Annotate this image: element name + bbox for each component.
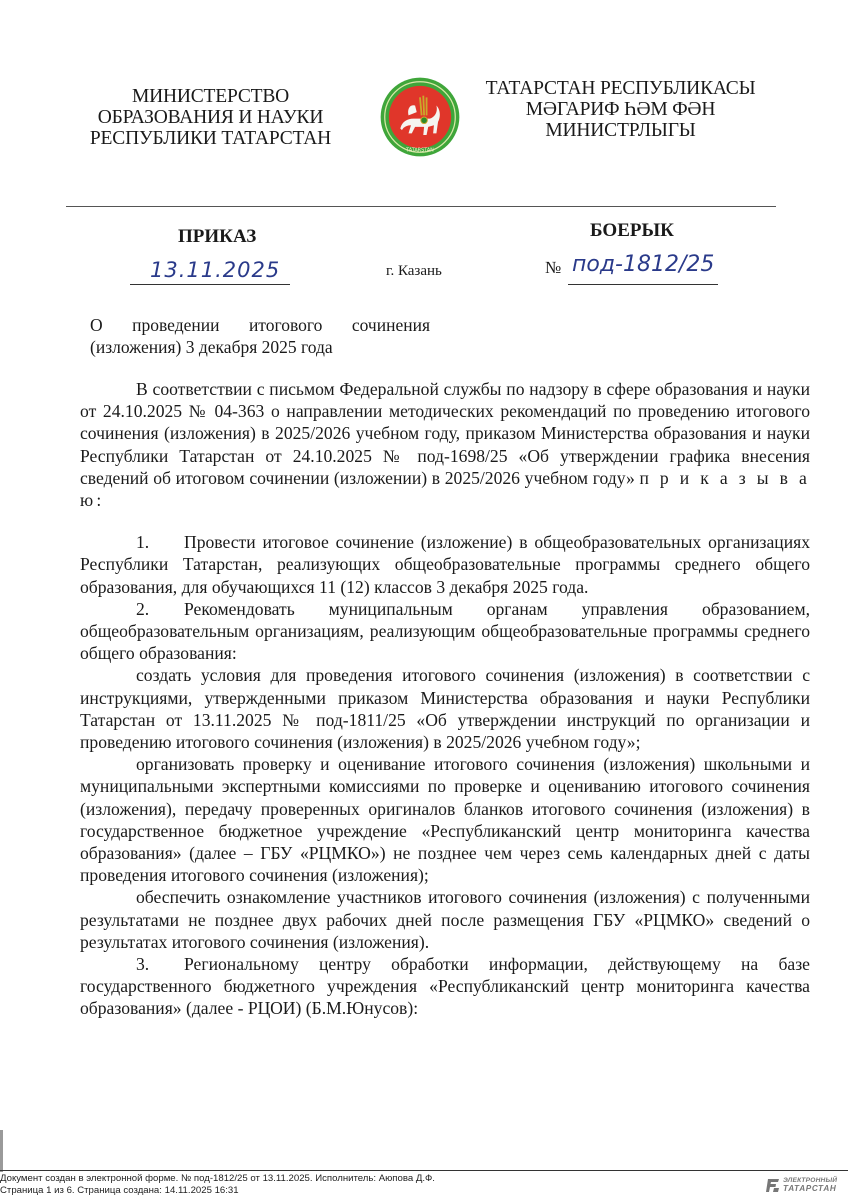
footer-metadata: Документ создан в электронной форме. № п…	[0, 1173, 435, 1196]
number-sign: №	[545, 258, 561, 278]
order-body: В соответствии с письмом Федеральной слу…	[80, 378, 810, 1020]
order-subject: О проведении итогового сочинения (изложе…	[90, 314, 430, 358]
ministry-name-ru: МИНИСТЕРСТВО ОБРАЗОВАНИЯ И НАУКИ РЕСПУБЛ…	[78, 86, 343, 149]
preamble-paragraph: В соответствии с письмом Федеральной слу…	[80, 378, 810, 511]
order-title-tt: БОЕРЫК	[590, 220, 674, 242]
order-date-handwritten: 13.11.2025	[150, 258, 280, 282]
item-3: 3.Региональному центру обработки информа…	[80, 953, 810, 1020]
order-title-ru: ПРИКАЗ	[178, 226, 256, 248]
header-divider	[66, 206, 776, 207]
item-text: Провести итоговое сочинение (изложение) …	[80, 532, 810, 596]
ministry-line: ОБРАЗОВАНИЯ И НАУКИ	[78, 107, 343, 128]
subitem: организовать проверку и оценивание итого…	[80, 753, 810, 886]
item-number: 2.	[136, 598, 184, 620]
ministry-line: МИНИСТРЛЫГЫ	[478, 120, 763, 141]
footer-divider	[0, 1170, 848, 1171]
ministry-name-tt: ТАТАРСТАН РЕСПУБЛИКАСЫ МӘГАРИФ ҺӘМ ФӘН М…	[478, 78, 763, 141]
ministry-line: ТАТАРСТАН РЕСПУБЛИКАСЫ	[478, 78, 763, 99]
order-number-handwritten: под-1812/25	[572, 252, 714, 277]
scan-edge-strip	[0, 1130, 3, 1172]
subitem: создать условия для проведения итогового…	[80, 664, 810, 753]
item-2: 2.Рекомендовать муниципальным органам уп…	[80, 598, 810, 665]
item-number: 1.	[136, 531, 184, 553]
ministry-line: МИНИСТЕРСТВО	[78, 86, 343, 107]
footer-line-page: Страница 1 из 6. Страница создана: 14.11…	[0, 1185, 435, 1197]
logo-text-line2: ТАТАРСТАН	[783, 1184, 836, 1193]
order-city: г. Казань	[386, 263, 442, 280]
item-1: 1.Провести итоговое сочинение (изложение…	[80, 531, 810, 598]
tatarstan-coat-of-arms-icon: TATARSTAN	[379, 76, 461, 158]
letterhead: МИНИСТЕРСТВО ОБРАЗОВАНИЯ И НАУКИ РЕСПУБЛ…	[0, 76, 848, 166]
electronic-tatarstan-logo: ЭЛЕКТРОННЫЙ ТАТАРСТАН	[766, 1177, 842, 1195]
ministry-line: РЕСПУБЛИКИ ТАТАРСТАН	[78, 128, 343, 149]
item-text: Региональному центру обработки информаци…	[80, 954, 810, 1018]
ministry-line: МӘГАРИФ ҺӘМ ФӘН	[478, 99, 763, 120]
item-number: 3.	[136, 953, 184, 975]
item-text: Рекомендовать муниципальным органам упра…	[80, 599, 810, 663]
subitem: обеспечить ознакомление участников итого…	[80, 886, 810, 953]
svg-text:TATARSTAN: TATARSTAN	[405, 147, 434, 153]
electronic-tatarstan-logo-icon	[766, 1178, 780, 1193]
footer-line-document: Документ создан в электронной форме. № п…	[0, 1173, 435, 1185]
logo-text-line1: ЭЛЕКТРОННЫЙ	[783, 1177, 837, 1184]
